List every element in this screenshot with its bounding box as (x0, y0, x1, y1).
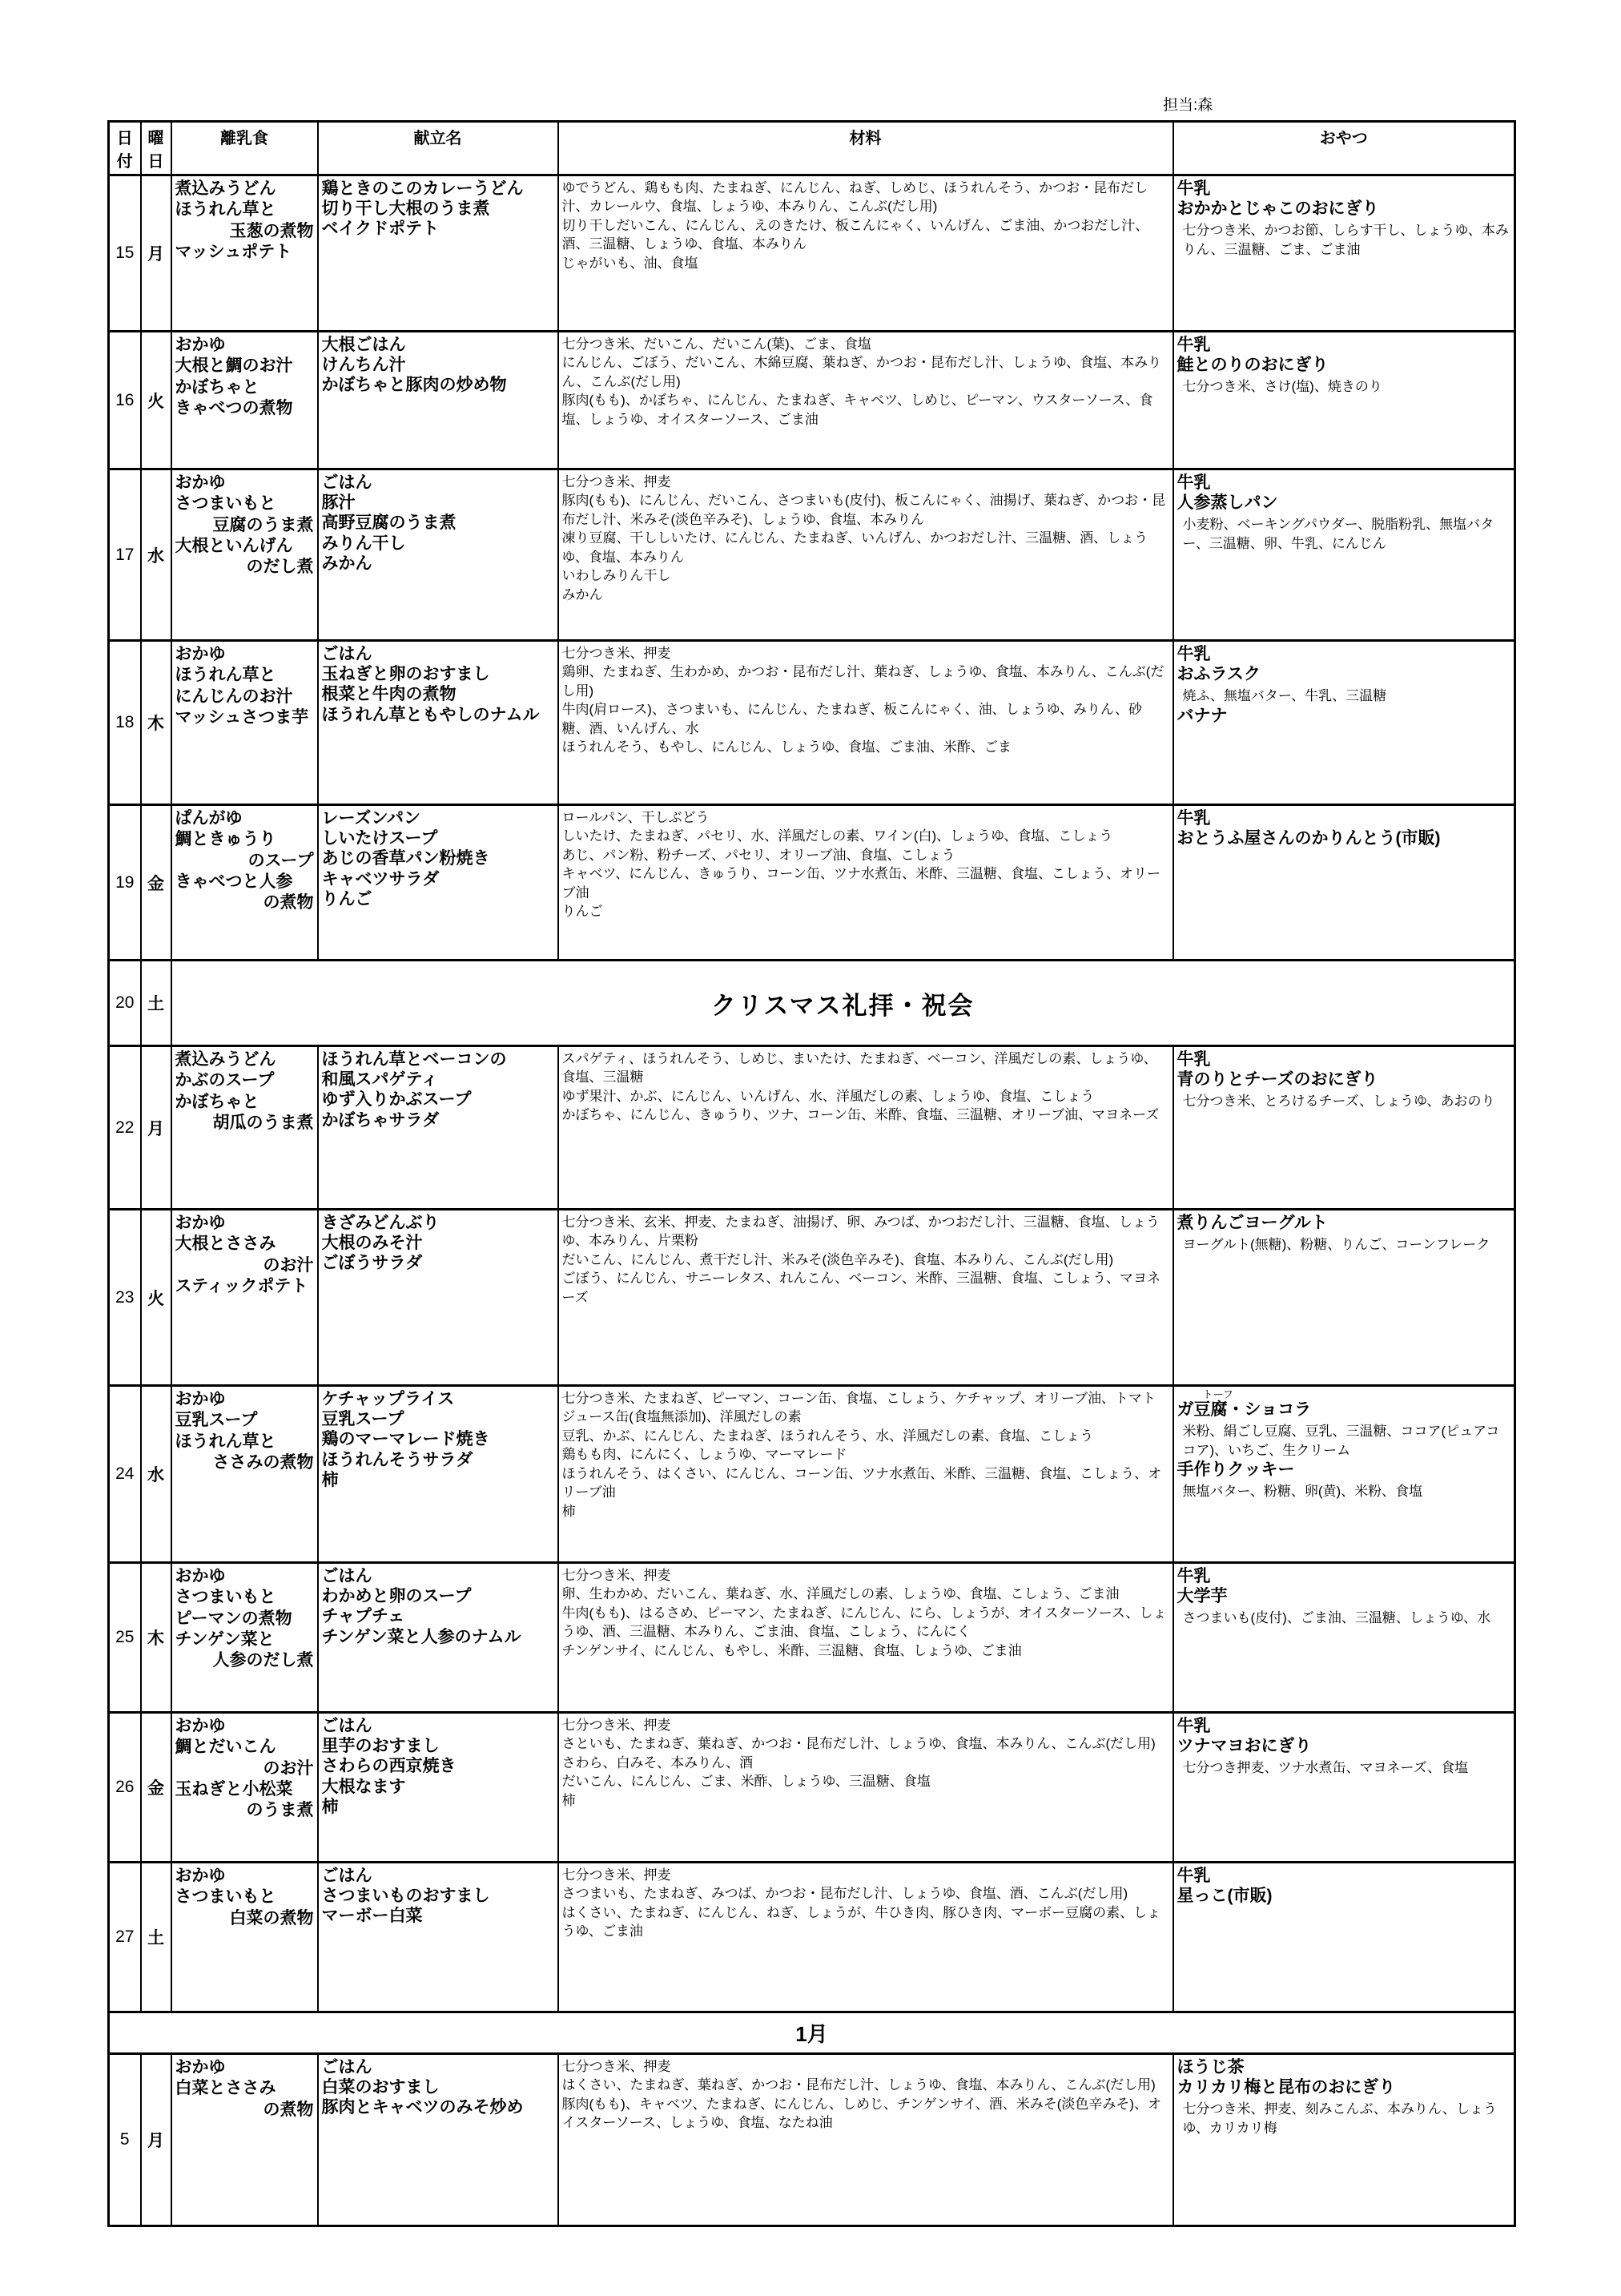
menu-item: 大根のみそ汁 (322, 1233, 554, 1253)
snack-cell: 煮りんごヨーグルトヨーグルト(無糖)、粉糖、りんご、コーンフレーク (1173, 1210, 1515, 1386)
day-cell: 火 (141, 1210, 171, 1386)
snack-title: 大学芋 (1177, 1586, 1511, 1606)
snack-item: 牛乳 (1177, 335, 1511, 355)
snack-title: おふラスク (1177, 664, 1511, 684)
menu-item: 高野豆腐のうま煮 (322, 513, 554, 533)
baby-food-line: ほうれん草と (175, 1432, 314, 1452)
day-cell: 土 (141, 961, 171, 1046)
baby-food-line: かぼちゃと (175, 377, 314, 398)
ingredient-group: 柿 (562, 1791, 1169, 1810)
menu-item: しいたけスープ (322, 828, 554, 848)
ingredient-group: 七分つき米、玄米、押麦、たまねぎ、油揚げ、卵、みつば、かつおだし汁、三温糖、食塩… (562, 1213, 1169, 1251)
menu-item: ベイクドポテト (322, 219, 554, 239)
ingredient-group: 七分つき米、だいこん、だいこん(葉)、ごま、食塩 (562, 335, 1169, 353)
menu-item: ゆず入りかぶスープ (322, 1090, 554, 1110)
baby-food-line: おかゆ (175, 2057, 314, 2078)
menu-item: 豆乳スープ (322, 1409, 554, 1429)
ingredients-cell: ゆでうどん、鶏もも肉、たまねぎ、にんじん、ねぎ、しめじ、ほうれんそう、かつお・昆… (558, 175, 1173, 332)
column-header-ingredients: 材料 (558, 122, 1173, 175)
baby-food-line: 白菜とささみ (175, 2078, 314, 2099)
snack-cell: トーフガ豆腐・ショコラ米粉、絹ごし豆腐、豆乳、三温糖、ココア(ピュアココア)、い… (1173, 1386, 1515, 1563)
ingredients-cell: 七分つき米、押麦さといも、たまねぎ、葉ねぎ、かつお・昆布だし汁、しょうゆ、食塩、… (558, 1713, 1173, 1863)
ingredients-cell: ロールパン、干しぶどうしいたけ、たまねぎ、パセリ、水、洋風だしの素、ワイン(白)… (558, 805, 1173, 961)
baby-food-line: 鯛とだいこん (175, 1737, 314, 1758)
baby-food-line: にんじんのお汁 (175, 687, 314, 707)
ingredients-cell: 七分つき米、押麦さつまいも、たまねぎ、みつば、かつお・昆布だし汁、しょうゆ、食塩… (558, 1863, 1173, 2012)
baby-food-line: 煮込みうどん (175, 179, 314, 199)
snack-ingredients: 無塩バター、粉糖、卵(黄)、米粉、食塩 (1177, 1482, 1511, 1500)
table-row: 27土おかゆさつまいもと白菜の煮物ごはんさつまいものおすましマーボー白菜七分つき… (109, 1863, 1515, 2012)
menu-name-cell: 大根ごはんけんちん汁かぼちゃと豚肉の炒め物 (318, 332, 558, 469)
menu-item: ケチャップライス (322, 1389, 554, 1409)
snack-cell: 牛乳おふラスク焼ふ、無塩バター、牛乳、三温糖バナナ (1173, 641, 1515, 805)
baby-food-line: 人参のだし煮 (175, 1650, 314, 1671)
table-row: 18木おかゆほうれん草とにんじんのお汁マッシュさつま芋ごはん玉ねぎと卵のおすまし… (109, 641, 1515, 805)
menu-item: 里芋のおすまし (322, 1736, 554, 1756)
menu-item: きざみどんぶり (322, 1213, 554, 1233)
menu-item: みりん干し (322, 534, 554, 554)
ingredient-group: 柿 (562, 1502, 1169, 1521)
snack-cell: ほうじ茶カリカリ梅と昆布のおにぎり七分つき米、押麦、刻みこんぶ、本みりん、しょう… (1173, 2054, 1515, 2226)
ingredient-group: いわしみりん干し (562, 566, 1169, 585)
snack-ingredients: 焼ふ、無塩バター、牛乳、三温糖 (1177, 687, 1511, 705)
snack-cell: 牛乳おかかとじゃこのおにぎり七分つき米、かつお節、しらす干し、しょうゆ、本みりん… (1173, 175, 1515, 332)
ingredients-cell: スパゲティ、ほうれんそう、しめじ、まいたけ、たまねぎ、ベーコン、洋風だしの素、し… (558, 1046, 1173, 1210)
ingredient-group: ロールパン、干しぶどう (562, 808, 1169, 827)
menu-item: マーボー白菜 (322, 1906, 554, 1926)
snack-item: おとうふ屋さんのかりんとう(市販) (1177, 828, 1511, 848)
snack-ingredients: 七分つき米、さけ(塩)、焼きのり (1177, 377, 1511, 396)
ingredient-group: あじ、パン粉、粉チーズ、パセリ、オリーブ油、食塩、こしょう (562, 846, 1169, 864)
menu-item: キャベツサラダ (322, 869, 554, 889)
day-cell: 水 (141, 1386, 171, 1563)
baby-food-cell: おかゆ白菜とささみの煮物 (171, 2054, 318, 2226)
menu-item: かぼちゃと豚肉の炒め物 (322, 375, 554, 395)
ingredient-group: 七分つき米、押麦 (562, 1566, 1169, 1585)
menu-item: けんちん汁 (322, 355, 554, 375)
menu-item: 鶏のマーマレード焼き (322, 1429, 554, 1449)
snack-item: 星っこ(市販) (1177, 1886, 1511, 1906)
date-cell: 27 (109, 1863, 141, 2012)
ingredients-cell: 七分つき米、押麦はくさい、たまねぎ、葉ねぎ、かつお・昆布だし汁、しょうゆ、食塩、… (558, 2054, 1173, 2226)
day-cell: 火 (141, 332, 171, 469)
menu-item: ごぼうサラダ (322, 1253, 554, 1273)
baby-food-line: おかゆ (175, 1389, 314, 1410)
baby-food-cell: おかゆさつまいもと豆腐のうま煮大根といんげんのだし煮 (171, 469, 318, 641)
ingredient-group: みかん (562, 586, 1169, 604)
snack-item: ほうじ茶 (1177, 2057, 1511, 2077)
menu-item: 白菜のおすまし (322, 2077, 554, 2097)
baby-food-line: マッシュさつま芋 (175, 707, 314, 728)
baby-food-line: 豆腐のうま煮 (175, 515, 314, 536)
menu-name-cell: ごはん白菜のおすまし豚肉とキャベツのみそ炒め (318, 2054, 558, 2226)
menu-name-cell: ごはんわかめと卵のスープチャプチェチンゲン菜と人参のナムル (318, 1563, 558, 1713)
menu-table-body: 15月煮込みうどんほうれん草と玉葱の煮物マッシュポテト鶏ときのこのカレーうどん切… (109, 175, 1515, 2226)
snack-title: 牛乳 (1177, 1866, 1511, 1886)
snack-item: 煮りんごヨーグルトヨーグルト(無糖)、粉糖、りんご、コーンフレーク (1177, 1213, 1511, 1255)
ingredient-group: 七分つき米、押麦 (562, 473, 1169, 491)
baby-food-cell: おかゆ豆乳スープほうれん草とささみの煮物 (171, 1386, 318, 1563)
baby-food-line: 鯛ときゅうり (175, 829, 314, 850)
ingredient-group: チンゲンサイ、にんじん、もやし、米酢、三温糖、食塩、しょうゆ、ごま油 (562, 1641, 1169, 1660)
baby-food-line: かぶのスープ (175, 1070, 314, 1091)
baby-food-line: 大根といんげん (175, 536, 314, 557)
snack-item: 牛乳 (1177, 1566, 1511, 1586)
baby-food-cell: おかゆ鯛とだいこんのお汁玉ねぎと小松菜のうま煮 (171, 1713, 318, 1863)
baby-food-line: スティックポテト (175, 1276, 314, 1297)
table-row: 16火おかゆ大根と鯛のお汁かぼちゃときゃべつの煮物大根ごはんけんちん汁かぼちゃと… (109, 332, 1515, 469)
ingredients-cell: 七分つき米、玄米、押麦、たまねぎ、油揚げ、卵、みつば、かつおだし汁、三温糖、食塩… (558, 1210, 1173, 1386)
baby-food-cell: おかゆさつまいもと白菜の煮物 (171, 1863, 318, 2012)
baby-food-line: ほうれん草と (175, 665, 314, 686)
menu-name-cell: ごはん豚汁高野豆腐のうま煮みりん干しみかん (318, 469, 558, 641)
menu-item: 玉ねぎと卵のおすまし (322, 664, 554, 684)
month-section-label: 1月 (109, 2012, 1515, 2054)
baby-food-cell: 煮込みうどんほうれん草と玉葱の煮物マッシュポテト (171, 175, 318, 332)
ingredient-group: だいこん、にんじん、煮干だし汁、米みそ(淡色辛みそ)、食塩、本みりん、こんぶ(だ… (562, 1251, 1169, 1269)
baby-food-line: 胡瓜のうま煮 (175, 1113, 314, 1134)
table-row: 24水おかゆ豆乳スープほうれん草とささみの煮物ケチャップライス豆乳スープ鶏のマー… (109, 1386, 1515, 1563)
menu-item: 柿 (322, 1797, 554, 1817)
event-label: クリスマス礼拝・祝会 (171, 961, 1515, 1046)
baby-food-line: 豆乳スープ (175, 1410, 314, 1431)
staff-in-charge-label: 担当:森 (1163, 93, 1213, 115)
menu-item: 鶏ときのこのカレーうどん (322, 179, 554, 199)
baby-food-cell: おかゆ大根とささみのお汁スティックポテト (171, 1210, 318, 1386)
day-cell: 木 (141, 1563, 171, 1713)
menu-name-cell: きざみどんぶり大根のみそ汁ごぼうサラダ (318, 1210, 558, 1386)
ingredient-group: 豚肉(もも)、キャベツ、たまねぎ、にんじん、しめじ、チンゲンサイ、酒、米みそ(淡… (562, 2095, 1169, 2133)
snack-title: 鮭とのりのおにぎり (1177, 355, 1511, 375)
menu-item: わかめと卵のスープ (322, 1586, 554, 1606)
ingredient-group: だいこん、にんじん、ごま、米酢、しょうゆ、三温糖、食塩 (562, 1772, 1169, 1790)
baby-food-line: マッシュポテト (175, 242, 314, 263)
ingredients-cell: 七分つき米、たまねぎ、ピーマン、コーン缶、食塩、こしょう、ケチャップ、オリーブ油… (558, 1386, 1173, 1563)
snack-title: おかかとじゃこのおにぎり (1177, 199, 1511, 219)
baby-food-line: さつまいもと (175, 1587, 314, 1608)
menu-name-cell: ごはん玉ねぎと卵のおすまし根菜と牛肉の煮物ほうれん草ともやしのナムル (318, 641, 558, 805)
snack-item: 青のりとチーズのおにぎり七分つき米、とろけるチーズ、しょうゆ、あおのり (1177, 1069, 1511, 1111)
snack-item: ツナマヨおにぎり七分つき押麦、ツナ水煮缶、マヨネーズ、食塩 (1177, 1736, 1511, 1778)
menu-name-cell: レーズンパンしいたけスープあじの香草パン粉焼きキャベツサラダりんご (318, 805, 558, 961)
ingredient-group: 切り干しだいこん、にんじん、えのきたけ、板こんにゃく、いんげん、ごま油、かつおだ… (562, 216, 1169, 254)
snack-cell: 牛乳人参蒸しパン小麦粉、ベーキングパウダー、脱脂粉乳、無塩バター、三温糖、卵、牛… (1173, 469, 1515, 641)
month-section-row: 1月 (109, 2012, 1515, 2054)
snack-title: 牛乳 (1177, 808, 1511, 828)
baby-food-line: の煮物 (175, 2100, 314, 2121)
snack-title: カリカリ梅と昆布のおにぎり (1177, 2077, 1511, 2097)
table-row: 23火おかゆ大根とささみのお汁スティックポテトきざみどんぶり大根のみそ汁ごぼうサ… (109, 1210, 1515, 1386)
ingredients-cell: 七分つき米、だいこん、だいこん(葉)、ごま、食塩にんじん、ごぼう、だいこん、木綿… (558, 332, 1173, 469)
snack-title: おとうふ屋さんのかりんとう(市販) (1177, 828, 1511, 848)
ingredient-group: 豚肉(もも)、にんじん、だいこん、さつまいも(皮付)、板こんにゃく、油揚げ、葉ね… (562, 491, 1169, 529)
snack-item: 人参蒸しパン小麦粉、ベーキングパウダー、脱脂粉乳、無塩バター、三温糖、卵、牛乳、… (1177, 493, 1511, 553)
baby-food-line: おかゆ (175, 473, 314, 493)
baby-food-line: きゃべつと人参 (175, 872, 314, 892)
snack-ingredients: 七分つき米、押麦、刻みこんぶ、本みりん、しょうゆ、カリカリ梅 (1177, 2100, 1511, 2137)
snack-item: 牛乳 (1177, 1716, 1511, 1736)
snack-title: ツナマヨおにぎり (1177, 1736, 1511, 1756)
baby-food-line: かぼちゃと (175, 1092, 314, 1113)
snack-ingredients: さつまいも(皮付)、ごま油、三温糖、しょうゆ、水 (1177, 1609, 1511, 1627)
snack-item: おかかとじゃこのおにぎり七分つき米、かつお節、しらす干し、しょうゆ、本みりん、三… (1177, 199, 1511, 259)
day-cell: 水 (141, 469, 171, 641)
snack-title: 牛乳 (1177, 1566, 1511, 1586)
snack-title: 煮りんごヨーグルト (1177, 1213, 1511, 1233)
snack-ingredients: ヨーグルト(無糖)、粉糖、りんご、コーンフレーク (1177, 1235, 1511, 1254)
date-cell: 22 (109, 1046, 141, 1210)
snack-ingredients: 小麦粉、ベーキングパウダー、脱脂粉乳、無塩バター、三温糖、卵、牛乳、にんじん (1177, 515, 1511, 553)
baby-food-cell: ぱんがゆ鯛ときゅうりのスープきゃべつと人参の煮物 (171, 805, 318, 961)
ingredient-group: 牛肉(もも)、はるさめ、ピーマン、たまねぎ、にんじん、にら、しょうが、オイスター… (562, 1604, 1169, 1641)
ingredient-group: 豆乳、かぶ、にんじん、たまねぎ、ほうれんそう、水、洋風だしの素、食塩、こしょう (562, 1427, 1169, 1445)
snack-title: 牛乳 (1177, 335, 1511, 355)
menu-item: チンゲン菜と人参のナムル (322, 1627, 554, 1647)
menu-item: ごはん (322, 1566, 554, 1586)
menu-item: チャプチェ (322, 1606, 554, 1626)
day-cell: 金 (141, 805, 171, 961)
menu-item: ほうれん草とベーコンの 和風スパゲティ (322, 1049, 554, 1090)
date-cell: 20 (109, 961, 141, 1046)
date-cell: 24 (109, 1386, 141, 1563)
date-cell: 18 (109, 641, 141, 805)
snack-title: 牛乳 (1177, 644, 1511, 664)
ingredient-group: 七分つき米、押麦 (562, 2057, 1169, 2076)
column-header-snack: おやつ (1173, 122, 1515, 175)
ingredients-cell: 七分つき米、押麦鶏卵、たまねぎ、生わかめ、かつお・昆布だし汁、葉ねぎ、しょうゆ、… (558, 641, 1173, 805)
baby-food-line: ほうれん草と (175, 199, 314, 220)
ingredient-group: ゆず果汁、かぶ、にんじん、いんげん、水、洋風だしの素、しょうゆ、食塩、こしょう (562, 1087, 1169, 1106)
ingredients-cell: 七分つき米、押麦豚肉(もも)、にんじん、だいこん、さつまいも(皮付)、板こんにゃ… (558, 469, 1173, 641)
baby-food-line: 玉ねぎと小松菜 (175, 1779, 314, 1800)
ingredient-group: さわら、白みそ、本みりん、酒 (562, 1754, 1169, 1772)
snack-title: 牛乳 (1177, 1049, 1511, 1069)
menu-name-cell: ごはん里芋のおすましさわらの西京焼き大根なます柿 (318, 1713, 558, 1863)
menu-item: 豚肉とキャベツのみそ炒め (322, 2097, 554, 2117)
snack-item: 牛乳 (1177, 1049, 1511, 1069)
snack-item: 鮭とのりのおにぎり七分つき米、さけ(塩)、焼きのり (1177, 355, 1511, 397)
menu-item: ごはん (322, 1866, 554, 1886)
ingredient-group: ごぼう、にんじん、サニーレタス、れんこん、ベーコン、米酢、三温糖、食塩、こしょう… (562, 1269, 1169, 1307)
menu-name-cell: 鶏ときのこのカレーうどん切り干し大根のうま煮ベイクドポテト (318, 175, 558, 332)
ingredient-group: 七分つき米、押麦 (562, 1866, 1169, 1884)
snack-cell: 牛乳大学芋さつまいも(皮付)、ごま油、三温糖、しょうゆ、水 (1173, 1563, 1515, 1713)
ingredient-group: ほうれんそう、はくさい、にんじん、コーン缶、ツナ水煮缶、米酢、三温糖、食塩、こし… (562, 1464, 1169, 1502)
menu-item: あじの香草パン粉焼き (322, 848, 554, 868)
baby-food-line: さつまいもと (175, 1887, 314, 1907)
menu-name-cell: ごはんさつまいものおすましマーボー白菜 (318, 1863, 558, 2012)
ingredient-group: 卵、生わかめ、だいこん、葉ねぎ、水、洋風だしの素、しょうゆ、食塩、こしょう、ごま… (562, 1585, 1169, 1603)
day-cell: 土 (141, 1863, 171, 2012)
baby-food-line: おかゆ (175, 1213, 314, 1234)
ingredient-group: 牛肉(肩ロース)、さつまいも、にんじん、たまねぎ、板こんにゃく、油、しょうゆ、み… (562, 700, 1169, 738)
menu-item: ごはん (322, 644, 554, 664)
menu-item: ごはん (322, 473, 554, 493)
column-header-date: 日付 (109, 122, 141, 175)
menu-item: 柿 (322, 1470, 554, 1490)
snack-item: 牛乳 (1177, 1866, 1511, 1886)
menu-item: ほうれん草ともやしのナムル (322, 705, 554, 725)
ingredient-group: にんじん、ごぼう、だいこん、木綿豆腐、葉ねぎ、かつお・昆布だし汁、しょうゆ、食塩… (562, 353, 1169, 391)
column-header-day: 曜日 (141, 122, 171, 175)
snack-title: バナナ (1177, 706, 1511, 726)
snack-item: 手作りクッキー無塩バター、粉糖、卵(黄)、米粉、食塩 (1177, 1460, 1511, 1501)
date-cell: 17 (109, 469, 141, 641)
baby-food-cell: 煮込みうどんかぶのスープかぼちゃと胡瓜のうま煮 (171, 1046, 318, 1210)
baby-food-line: おかゆ (175, 644, 314, 665)
table-row: 19金ぱんがゆ鯛ときゅうりのスープきゃべつと人参の煮物レーズンパンしいたけスープ… (109, 805, 1515, 961)
menu-item: レーズンパン (322, 808, 554, 828)
menu-item: ほうれんそうサラダ (322, 1450, 554, 1470)
baby-food-line: 大根と鯛のお汁 (175, 356, 314, 377)
table-row: 26金おかゆ鯛とだいこんのお汁玉ねぎと小松菜のうま煮ごはん里芋のおすましさわらの… (109, 1713, 1515, 1863)
date-cell: 25 (109, 1563, 141, 1713)
ingredient-group: 七分つき米、押麦 (562, 1716, 1169, 1734)
menu-name-cell: ほうれん草とベーコンの 和風スパゲティゆず入りかぶスープかぼちゃサラダ (318, 1046, 558, 1210)
column-header-menu-name: 献立名 (318, 122, 558, 175)
snack-cell: 牛乳青のりとチーズのおにぎり七分つき米、とろけるチーズ、しょうゆ、あおのり (1173, 1046, 1515, 1210)
ingredient-group: さつまいも、たまねぎ、みつば、かつお・昆布だし汁、しょうゆ、食塩、酒、こんぶ(だ… (562, 1884, 1169, 1903)
snack-ingredients: 七分つき米、かつお節、しらす干し、しょうゆ、本みりん、三温糖、ごま、ごま油 (1177, 221, 1511, 259)
snack-cell: 牛乳おとうふ屋さんのかりんとう(市販) (1173, 805, 1515, 961)
snack-item: 大学芋さつまいも(皮付)、ごま油、三温糖、しょうゆ、水 (1177, 1586, 1511, 1628)
ingredient-group: かぼちゃ、にんじん、きゅうり、ツナ、コーン缶、米酢、食塩、三温糖、オリーブ油、マ… (562, 1106, 1169, 1124)
snack-ruby-label: トーフ (1177, 1389, 1511, 1400)
baby-food-cell: おかゆほうれん草とにんじんのお汁マッシュさつま芋 (171, 641, 318, 805)
baby-food-line: 玉葱の煮物 (175, 221, 314, 242)
snack-title: 牛乳 (1177, 1716, 1511, 1736)
baby-food-line: おかゆ (175, 1866, 314, 1887)
menu-item: ごはん (322, 2057, 554, 2077)
baby-food-line: おかゆ (175, 1566, 314, 1587)
snack-ingredients: 米粉、絹ごし豆腐、豆乳、三温糖、ココア(ピュアココア)、いちご、生クリーム (1177, 1422, 1511, 1460)
snack-item: 牛乳 (1177, 179, 1511, 199)
ingredient-group: じゃがいも、油、食塩 (562, 254, 1169, 272)
snack-item: 牛乳 (1177, 808, 1511, 828)
snack-ingredients: 七分つき押麦、ツナ水煮缶、マヨネーズ、食塩 (1177, 1758, 1511, 1777)
snack-item: トーフガ豆腐・ショコラ米粉、絹ごし豆腐、豆乳、三温糖、ココア(ピュアココア)、い… (1177, 1389, 1511, 1460)
menu-item: ごはん (322, 1716, 554, 1736)
ingredient-group: 鶏卵、たまねぎ、生わかめ、かつお・昆布だし汁、葉ねぎ、しょうゆ、食塩、本みりん、… (562, 663, 1169, 700)
day-cell: 金 (141, 1713, 171, 1863)
ingredient-group: はくさい、たまねぎ、葉ねぎ、かつお・昆布だし汁、しょうゆ、食塩、本みりん、こんぶ… (562, 2076, 1169, 2094)
snack-title: 人参蒸しパン (1177, 493, 1511, 513)
baby-food-line: さつまいもと (175, 493, 314, 514)
table-header-row: 日付 曜日 離乳食 献立名 材料 おやつ (109, 122, 1515, 175)
baby-food-line: おかゆ (175, 1716, 314, 1737)
baby-food-cell: おかゆ大根と鯛のお汁かぼちゃときゃべつの煮物 (171, 332, 318, 469)
menu-item: 豚汁 (322, 493, 554, 513)
date-cell: 26 (109, 1713, 141, 1863)
snack-item: 牛乳 (1177, 644, 1511, 664)
snack-title: ガ豆腐・ショコラ (1177, 1400, 1511, 1420)
menu-item: かぼちゃサラダ (322, 1110, 554, 1130)
menu-item: 根菜と牛肉の煮物 (322, 684, 554, 704)
snack-cell: 牛乳ツナマヨおにぎり七分つき押麦、ツナ水煮缶、マヨネーズ、食塩 (1173, 1713, 1515, 1863)
baby-food-line: 大根とささみ (175, 1234, 314, 1255)
ingredient-group: 鶏もも肉、にんにく、しょうゆ、マーマレード (562, 1445, 1169, 1464)
snack-title: 牛乳 (1177, 179, 1511, 199)
baby-food-line: のうま煮 (175, 1800, 314, 1821)
baby-food-line: ささみの煮物 (175, 1452, 314, 1473)
snack-cell: 牛乳星っこ(市販) (1173, 1863, 1515, 2012)
baby-food-line: 煮込みうどん (175, 1049, 314, 1070)
baby-food-line: のお汁 (175, 1758, 314, 1779)
snack-item: カリカリ梅と昆布のおにぎり七分つき米、押麦、刻みこんぶ、本みりん、しょうゆ、カリ… (1177, 2077, 1511, 2137)
menu-item: 切り干し大根のうま煮 (322, 199, 554, 219)
baby-food-line: の煮物 (175, 892, 314, 913)
menu-item: みかん (322, 554, 554, 574)
ingredient-group: キャベツ、にんじん、きゅうり、コーン缶、ツナ水煮缶、米酢、三温糖、食塩、こしょう… (562, 864, 1169, 902)
baby-food-line: ぱんがゆ (175, 808, 314, 829)
table-row: 25木おかゆさつまいもとピーマンの煮物チンゲン菜と人参のだし煮ごはんわかめと卵の… (109, 1563, 1515, 1713)
snack-item: おふラスク焼ふ、無塩バター、牛乳、三温糖 (1177, 664, 1511, 706)
ingredient-group: スパゲティ、ほうれんそう、しめじ、まいたけ、たまねぎ、ベーコン、洋風だしの素、し… (562, 1049, 1169, 1087)
baby-food-line: おかゆ (175, 335, 314, 356)
baby-food-line: チンゲン菜と (175, 1629, 314, 1650)
ingredient-group: 七分つき米、押麦 (562, 644, 1169, 663)
date-cell: 5 (109, 2054, 141, 2226)
day-cell: 月 (141, 2054, 171, 2226)
menu-item: りんご (322, 889, 554, 909)
day-cell: 月 (141, 1046, 171, 1210)
column-header-baby-food: 離乳食 (171, 122, 318, 175)
baby-food-cell: おかゆさつまいもとピーマンの煮物チンゲン菜と人参のだし煮 (171, 1563, 318, 1713)
ingredient-group: りんご (562, 902, 1169, 920)
baby-food-line: のだし煮 (175, 557, 314, 578)
date-cell: 16 (109, 332, 141, 469)
baby-food-line: ピーマンの煮物 (175, 1609, 314, 1629)
menu-item: 大根なます (322, 1777, 554, 1797)
menu-item: 大根ごはん (322, 335, 554, 355)
ingredients-cell: 七分つき米、押麦卵、生わかめ、だいこん、葉ねぎ、水、洋風だしの素、しょうゆ、食塩… (558, 1563, 1173, 1713)
baby-food-line: のお汁 (175, 1255, 314, 1276)
ingredient-group: しいたけ、たまねぎ、パセリ、水、洋風だしの素、ワイン(白)、しょうゆ、食塩、こし… (562, 827, 1169, 845)
snack-title: 星っこ(市販) (1177, 1886, 1511, 1906)
menu-table: 日付 曜日 離乳食 献立名 材料 おやつ 15月煮込みうどんほうれん草と玉葱の煮… (107, 120, 1516, 2227)
snack-title: 牛乳 (1177, 473, 1511, 493)
event-row: 20土クリスマス礼拝・祝会 (109, 961, 1515, 1046)
ingredient-group: 七分つき米、たまねぎ、ピーマン、コーン缶、食塩、こしょう、ケチャップ、オリーブ油… (562, 1389, 1169, 1427)
menu-item: さつまいものおすまし (322, 1886, 554, 1906)
snack-ingredients: 七分つき米、とろけるチーズ、しょうゆ、あおのり (1177, 1092, 1511, 1110)
snack-item: バナナ (1177, 706, 1511, 726)
ingredient-group: さといも、たまねぎ、葉ねぎ、かつお・昆布だし汁、しょうゆ、食塩、本みりん、こんぶ… (562, 1734, 1169, 1753)
menu-sheet-page: 担当:森 日付 曜日 離乳食 献立名 材料 おやつ 15月煮込みうどんほうれん草… (0, 0, 1621, 2296)
menu-name-cell: ケチャップライス豆乳スープ鶏のマーマレード焼きほうれんそうサラダ柿 (318, 1386, 558, 1563)
ingredient-group: はくさい、たまねぎ、にんじん、ねぎ、しょうが、牛ひき肉、豚ひき肉、マーボー豆腐の… (562, 1903, 1169, 1941)
ingredient-group: 凍り豆腐、干ししいたけ、にんじん、たまねぎ、いんげん、かつおだし汁、三温糖、酒、… (562, 529, 1169, 566)
baby-food-line: 白菜の煮物 (175, 1908, 314, 1929)
ingredient-group: ゆでうどん、鶏もも肉、たまねぎ、にんじん、ねぎ、しめじ、ほうれんそう、かつお・昆… (562, 179, 1169, 216)
snack-title: 手作りクッキー (1177, 1460, 1511, 1480)
snack-title: ほうじ茶 (1177, 2057, 1511, 2077)
table-row: 17水おかゆさつまいもと豆腐のうま煮大根といんげんのだし煮ごはん豚汁高野豆腐のう… (109, 469, 1515, 641)
table-row: 5月おかゆ白菜とささみの煮物ごはん白菜のおすまし豚肉とキャベツのみそ炒め七分つき… (109, 2054, 1515, 2226)
baby-food-line: きゃべつの煮物 (175, 398, 314, 419)
menu-item: さわらの西京焼き (322, 1756, 554, 1776)
date-cell: 23 (109, 1210, 141, 1386)
date-cell: 15 (109, 175, 141, 332)
baby-food-line: のスープ (175, 851, 314, 872)
snack-cell: 牛乳鮭とのりのおにぎり七分つき米、さけ(塩)、焼きのり (1173, 332, 1515, 469)
day-cell: 木 (141, 641, 171, 805)
ingredient-group: 豚肉(もも)、かぼちゃ、にんじん、たまねぎ、キャベツ、しめじ、ピーマン、ウスター… (562, 391, 1169, 429)
day-cell: 月 (141, 175, 171, 332)
date-cell: 19 (109, 805, 141, 961)
ingredient-group: ほうれんそう、もやし、にんじん、しょうゆ、食塩、ごま油、米酢、ごま (562, 738, 1169, 756)
snack-title: 青のりとチーズのおにぎり (1177, 1069, 1511, 1090)
